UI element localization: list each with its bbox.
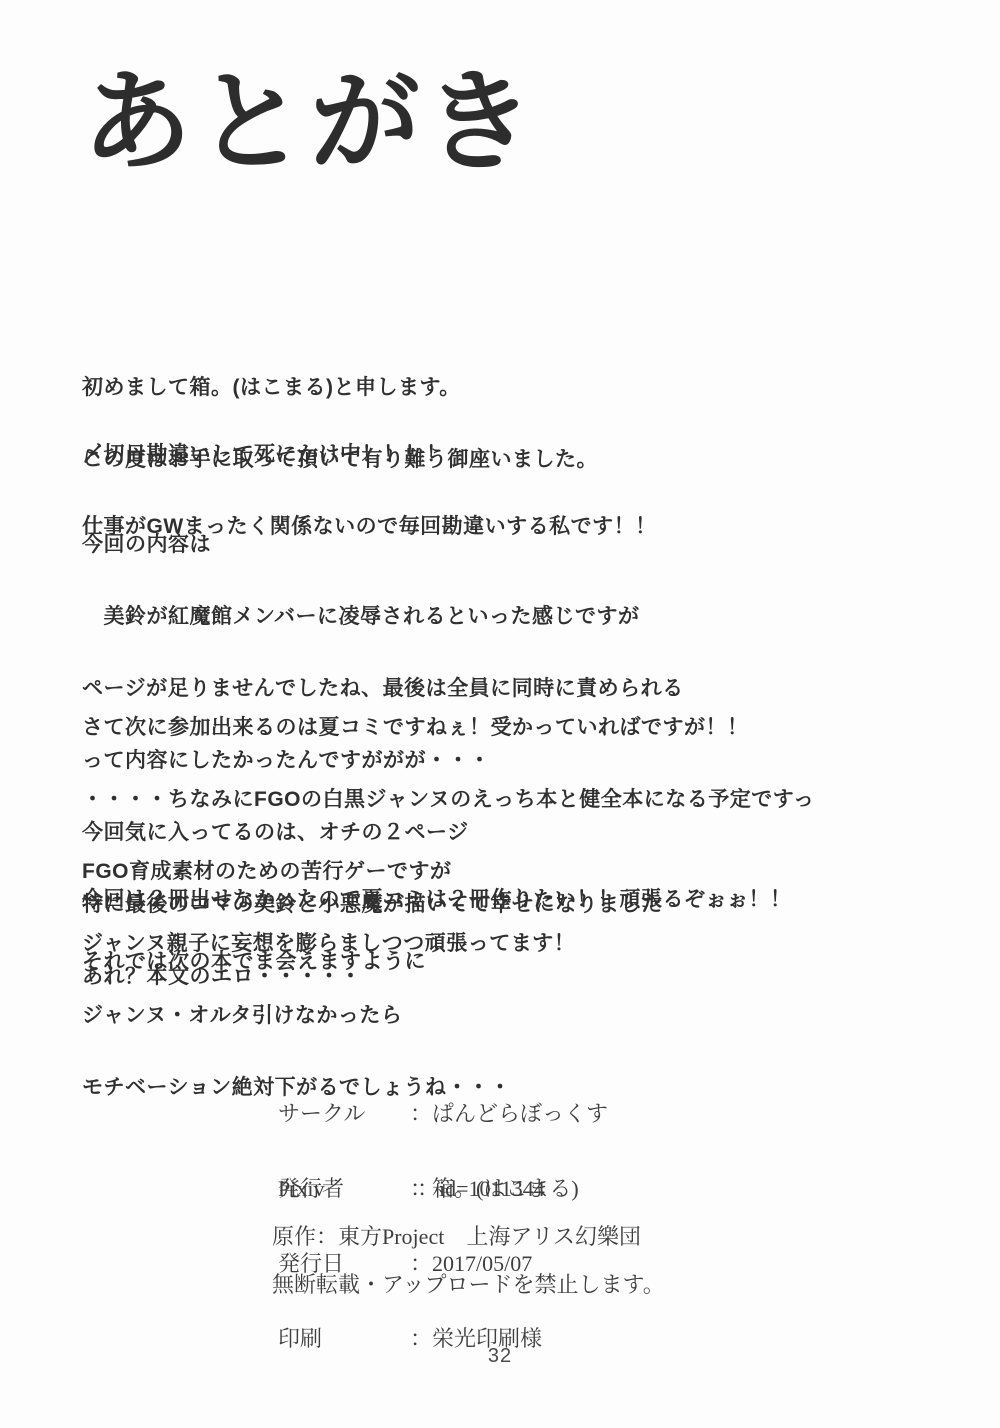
afterword-line: 〆切日勘違いして死にかけ中！！！！ — [82, 443, 657, 467]
afterword-line: さて次に参加出来るのは夏コミですねぇ！受かっていればですが！！ — [82, 716, 814, 740]
colophon-row: サークル：ぱんどらぼっくす — [278, 1101, 608, 1126]
afterword-line: それでは次の本でま会えますように — [82, 950, 426, 974]
page-title: あとがき — [82, 62, 538, 183]
colophon-label: サークル — [278, 1101, 410, 1126]
afterword-line: 今回の内容は — [82, 533, 684, 557]
colophon-row-pixiv: Pixiv：id=1011344 — [278, 1176, 545, 1201]
copyright-notice: 無断転載・アップロードを禁止します。 — [272, 1272, 665, 1297]
colophon-value: ぱんどらぼっくす — [432, 1101, 608, 1126]
afterword-page: あとがき 初めまして箱。(はこまる)と申します。 この度はお手に取って頂いて有り… — [0, 0, 1000, 1428]
afterword-paragraph: それでは次の本でま会えますように — [82, 902, 426, 1022]
colophon-label: Pixiv — [278, 1176, 417, 1201]
colophon-separator: ： — [410, 1101, 432, 1126]
afterword-line: ・・・・ちなみにFGOの白黒ジャンヌのえっち本と健全本になる予定ですっ — [82, 788, 814, 812]
colophon-separator: ： — [417, 1176, 439, 1201]
colophon-value: id=1011344 — [439, 1176, 545, 1201]
page-number: 32 — [0, 1345, 1000, 1368]
afterword-line: 美鈴が紅魔館メンバーに凌辱されるといった感じですが — [82, 605, 684, 629]
original-work-line: 原作：東方Project 上海アリス幻樂団 — [272, 1224, 641, 1249]
